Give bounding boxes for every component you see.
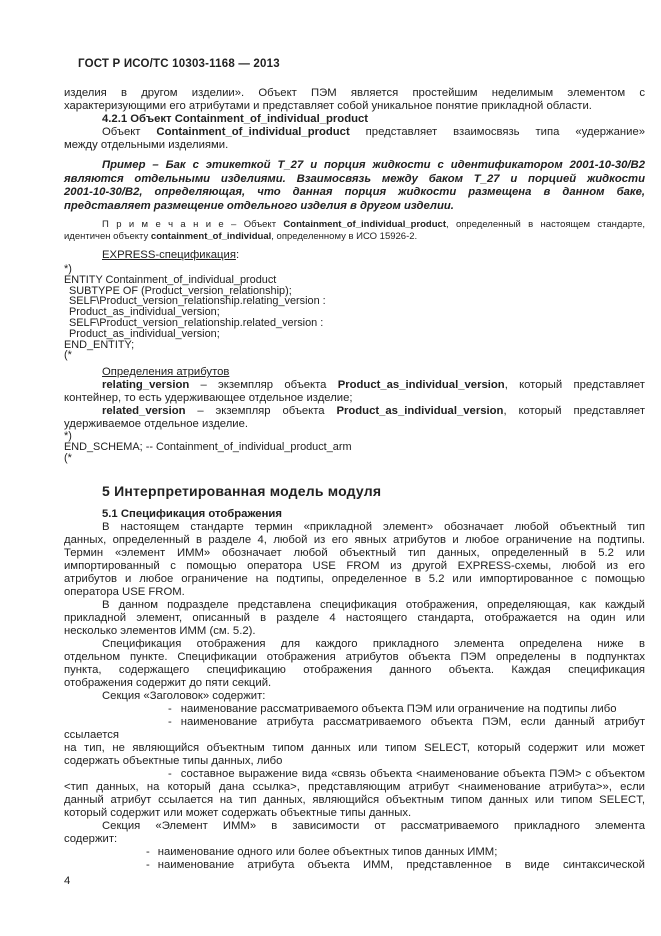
text-line: являются отдельными изделиями. Взаимосвя… [64, 173, 645, 187]
text-run: содержать объектные типы данных, либо [64, 755, 282, 767]
bold-text: 4.2.1 Объект Containment_of_individual_p… [102, 113, 368, 125]
section-5-heading: 5 Интерпретированная модель модуля [64, 482, 645, 501]
paragraph-terms: В настоящем стандарте термин «прикладной… [64, 521, 645, 599]
text-run: на тип, не являющийся объектным типом да… [64, 742, 645, 754]
text-run: несколько элементов ИММ (см. 5.2). [64, 625, 256, 637]
text-line: изделия в другом изделии». Объект ПЭМ яв… [64, 87, 645, 100]
text-run: идентичен объекту [64, 231, 151, 242]
text-line: В настоящем стандарте термин «прикладной… [64, 521, 645, 534]
text-line: атрибутов и любое ограничение на подтипы… [64, 573, 645, 586]
bold-text: containment_of_individual [151, 231, 271, 242]
text-run: Спецификация отображения для каждого при… [102, 638, 645, 650]
text-line: контейнер, то есть удерживающее отдельно… [64, 392, 645, 405]
text-line: Объект Containment_of_individual_product… [64, 126, 645, 139]
text-line: данных, определенный в разделе 4, любой … [64, 534, 645, 547]
text-run: являются отдельными изделиями. Взаимосвя… [64, 173, 645, 185]
paragraph-imm-section: Секция «Элемент ИММ» в зависимости от ра… [64, 820, 645, 846]
text-line: -наименование атрибута объекта ИММ, пред… [64, 859, 645, 872]
text-run: Объект [102, 126, 156, 138]
text-line: отдельном пункте. Спецификации отображен… [64, 651, 645, 664]
text-run: END_ENTITY; [64, 339, 134, 351]
bold-text: relating_version [102, 379, 189, 391]
text-run: содержит: [64, 833, 117, 845]
paragraph-header-section: Секция «Заголовок» содержит: [64, 690, 645, 703]
text-run: – экземпляр объекта [189, 379, 337, 391]
text-line: 2001-10-30/В2, определяющая, что данная … [64, 186, 645, 200]
text-run: 5 Интерпретированная модель модуля [102, 483, 381, 499]
text-line: пункта, содержащего спецификацию отображ… [64, 664, 645, 677]
text-line: Определения атрибутов [64, 366, 645, 379]
bullet-dash: - [116, 716, 172, 729]
text-run: пункта, содержащего спецификацию отображ… [64, 664, 645, 676]
text-line: EXPRESS-спецификация: [64, 249, 645, 262]
page: ГОСТ Р ИСО/ТС 10303-1168 — 2013 изделия … [0, 0, 661, 936]
text-line: П р и м е ч а н и е – Объект Containment… [64, 219, 645, 231]
text-line: Секция «Заголовок» содержит: [64, 690, 645, 703]
underlined-text: EXPRESS-спецификация [102, 249, 236, 261]
text-run: – экземпляр объекта [186, 405, 337, 417]
text-run: наименование атрибута объекта ИММ, предс… [158, 859, 645, 871]
bold-text: Product_as_individual_version [336, 405, 503, 417]
express-code-entity: *)ENTITY Containment_of_individual_produ… [64, 264, 645, 361]
text-line: Пример – Бак с этикеткой Т_27 и порция ж… [64, 159, 645, 173]
text-run: атрибутов и любое ограничение на подтипы… [64, 573, 645, 585]
paragraph-mapping-spec: Спецификация отображения для каждого при… [64, 638, 645, 690]
imm-section-list: -наименование одного или более объектных… [64, 846, 645, 872]
text-run: 5.1 Спецификация отображения [102, 508, 282, 520]
text-line: 5.1 Спецификация отображения [64, 508, 645, 521]
text-line: -наименование атрибута рассматриваемого … [64, 716, 645, 742]
text-line: прикладной элемент, описанный в разделе … [64, 612, 645, 625]
text-line: данный атрибут ссылается на тип данных, … [64, 794, 645, 807]
example-block: Пример – Бак с этикеткой Т_27 и порция ж… [64, 159, 645, 213]
text-line: оператора USE FROM. [64, 586, 645, 599]
text-line: 5 Интерпретированная модель модуля [64, 482, 645, 501]
text-line: relating_version – экземпляр объекта Pro… [64, 379, 645, 392]
text-line: Термин «элемент ИММ» обозначает любой об… [64, 547, 645, 560]
section-5-1-heading: 5.1 Спецификация отображения [64, 508, 645, 521]
text-line: отображения содержит до пяти секций. [64, 677, 645, 690]
text-run: Секция «Заголовок» содержит: [102, 690, 265, 702]
page-header: ГОСТ Р ИСО/ТС 10303-1168 — 2013 [64, 58, 645, 71]
text-line: идентичен объекту containment_of_individ… [64, 231, 645, 243]
text-line: -наименование одного или более объектных… [64, 846, 645, 859]
text-run: импортированный с помощью оператора USE … [64, 560, 645, 572]
text-line: между отдельными изделиями. [64, 139, 645, 152]
underlined-text: Определения атрибутов [102, 366, 229, 378]
text-run: отображения содержит до пяти секций. [64, 677, 271, 689]
text-run: : [236, 249, 239, 261]
attribute-definitions-label: Определения атрибутов [64, 366, 645, 379]
text-line: удерживаемое отдельное изделие. [64, 418, 645, 431]
document-body: изделия в другом изделии». Объект ПЭМ яв… [64, 87, 645, 872]
header-section-list: -наименование рассматриваемого объекта П… [64, 703, 645, 820]
text-line: содержать объектные типы данных, либо [64, 755, 645, 768]
paragraph-containment-def: Объект Containment_of_individual_product… [64, 126, 645, 152]
text-line: В данном подразделе представлена специфи… [64, 599, 645, 612]
text-run: <тип данных, на который дана ссылка>, пр… [64, 781, 645, 793]
text-run: , определенный в настоящем стандарте, [446, 219, 645, 230]
text-line: <тип данных, на который дана ссылка>, пр… [64, 781, 645, 794]
text-run: В настоящем стандарте термин «прикладной… [102, 521, 645, 533]
text-line: на тип, не являющийся объектным типом да… [64, 742, 645, 755]
text-run: контейнер, то есть удерживающее отдельно… [64, 392, 353, 404]
text-run: представляет размещение отдельного издел… [64, 200, 454, 212]
text-line: который содержит или может содержать объ… [64, 807, 645, 820]
bold-text: Containment_of_individual_product [283, 219, 446, 230]
text-run: наименование одного или более объектных … [158, 846, 498, 858]
text-line: содержит: [64, 833, 645, 846]
text-run: представляет взаимосвязь типа «удержание… [350, 126, 645, 138]
text-run: данный атрибут ссылается на тип данных, … [64, 794, 645, 806]
paragraph-subsection: В данном подразделе представлена специфи… [64, 599, 645, 638]
text-line: Спецификация отображения для каждого при… [64, 638, 645, 651]
text-line: характеризующими его атрибутами и предст… [64, 100, 645, 113]
bold-text: Product_as_individual_version [338, 379, 505, 391]
text-run: В данном подразделе представлена специфи… [102, 599, 645, 611]
text-line: END_ENTITY; [64, 340, 645, 351]
express-spec-label: EXPRESS-спецификация: [64, 249, 645, 262]
text-run: отдельном пункте. Спецификации отображен… [64, 651, 645, 663]
page-number: 4 [64, 875, 645, 888]
bullet-dash: - [116, 768, 172, 781]
text-run: 2001-10-30/В2, определяющая, что данная … [64, 186, 645, 198]
text-line: related_version – экземпляр объекта Prod… [64, 405, 645, 418]
note-block: П р и м е ч а н и е – Объект Containment… [64, 219, 645, 242]
text-line: Секция «Элемент ИММ» в зависимости от ра… [64, 820, 645, 833]
text-line: Product_as_individual_version; [64, 329, 645, 340]
bold-text: Containment_of_individual_product [156, 126, 349, 138]
text-run: между отдельными изделиями. [64, 139, 228, 151]
text-run: (* [64, 349, 72, 361]
text-line: представляет размещение отдельного издел… [64, 200, 645, 214]
heading-4-2-1: 4.2.1 Объект Containment_of_individual_p… [64, 113, 645, 126]
bullet-dash: - [105, 846, 150, 859]
bullet-dash: - [116, 703, 172, 716]
text-line: несколько элементов ИММ (см. 5.2). [64, 625, 645, 638]
text-run: характеризующими его атрибутами и предст… [64, 100, 592, 112]
text-run: , который представляет [505, 379, 645, 391]
text-line: (* [64, 453, 645, 464]
text-line: -составное выражение вида «связь объекта… [64, 768, 645, 781]
attribute-definitions: relating_version – экземпляр объекта Pro… [64, 379, 645, 431]
text-line: 4.2.1 Объект Containment_of_individual_p… [64, 113, 645, 126]
text-run: END_SCHEMA; -- Containment_of_individual… [64, 441, 352, 453]
text-run: Термин «элемент ИММ» обозначает любой об… [64, 547, 645, 559]
text-run: данных, определенный в разделе 4, любой … [64, 534, 645, 546]
text-run: Пример – Бак с этикеткой Т_27 и порция ж… [102, 159, 645, 171]
text-line: -наименование рассматриваемого объекта П… [64, 703, 645, 716]
bullet-dash: - [105, 859, 150, 872]
express-code-end-schema: *)END_SCHEMA; -- Containment_of_individu… [64, 431, 645, 463]
text-run: П р и м е ч а н и е – Объект [102, 219, 283, 230]
paragraph-pem-element: изделия в другом изделии». Объект ПЭМ яв… [64, 87, 645, 113]
text-run: наименование рассматриваемого объекта ПЭ… [181, 703, 617, 715]
text-run: , который представляет [503, 405, 645, 417]
text-run: Секция «Элемент ИММ» в зависимости от ра… [102, 820, 645, 832]
text-run: который содержит или может содержать объ… [64, 807, 411, 819]
text-run: (* [64, 452, 72, 464]
text-run: прикладной элемент, описанный в разделе … [64, 612, 645, 624]
text-run: составное выражение вида «связь объекта … [181, 768, 645, 780]
text-line: END_SCHEMA; -- Containment_of_individual… [64, 442, 645, 453]
text-run: оператора USE FROM. [64, 586, 185, 598]
text-line: импортированный с помощью оператора USE … [64, 560, 645, 573]
text-run: удерживаемое отдельное изделие. [64, 418, 248, 430]
text-run: изделия в другом изделии». Объект ПЭМ яв… [64, 87, 645, 99]
text-line: (* [64, 350, 645, 361]
bold-text: related_version [102, 405, 186, 417]
text-run: , определенному в ИСО 15926-2. [271, 231, 417, 242]
